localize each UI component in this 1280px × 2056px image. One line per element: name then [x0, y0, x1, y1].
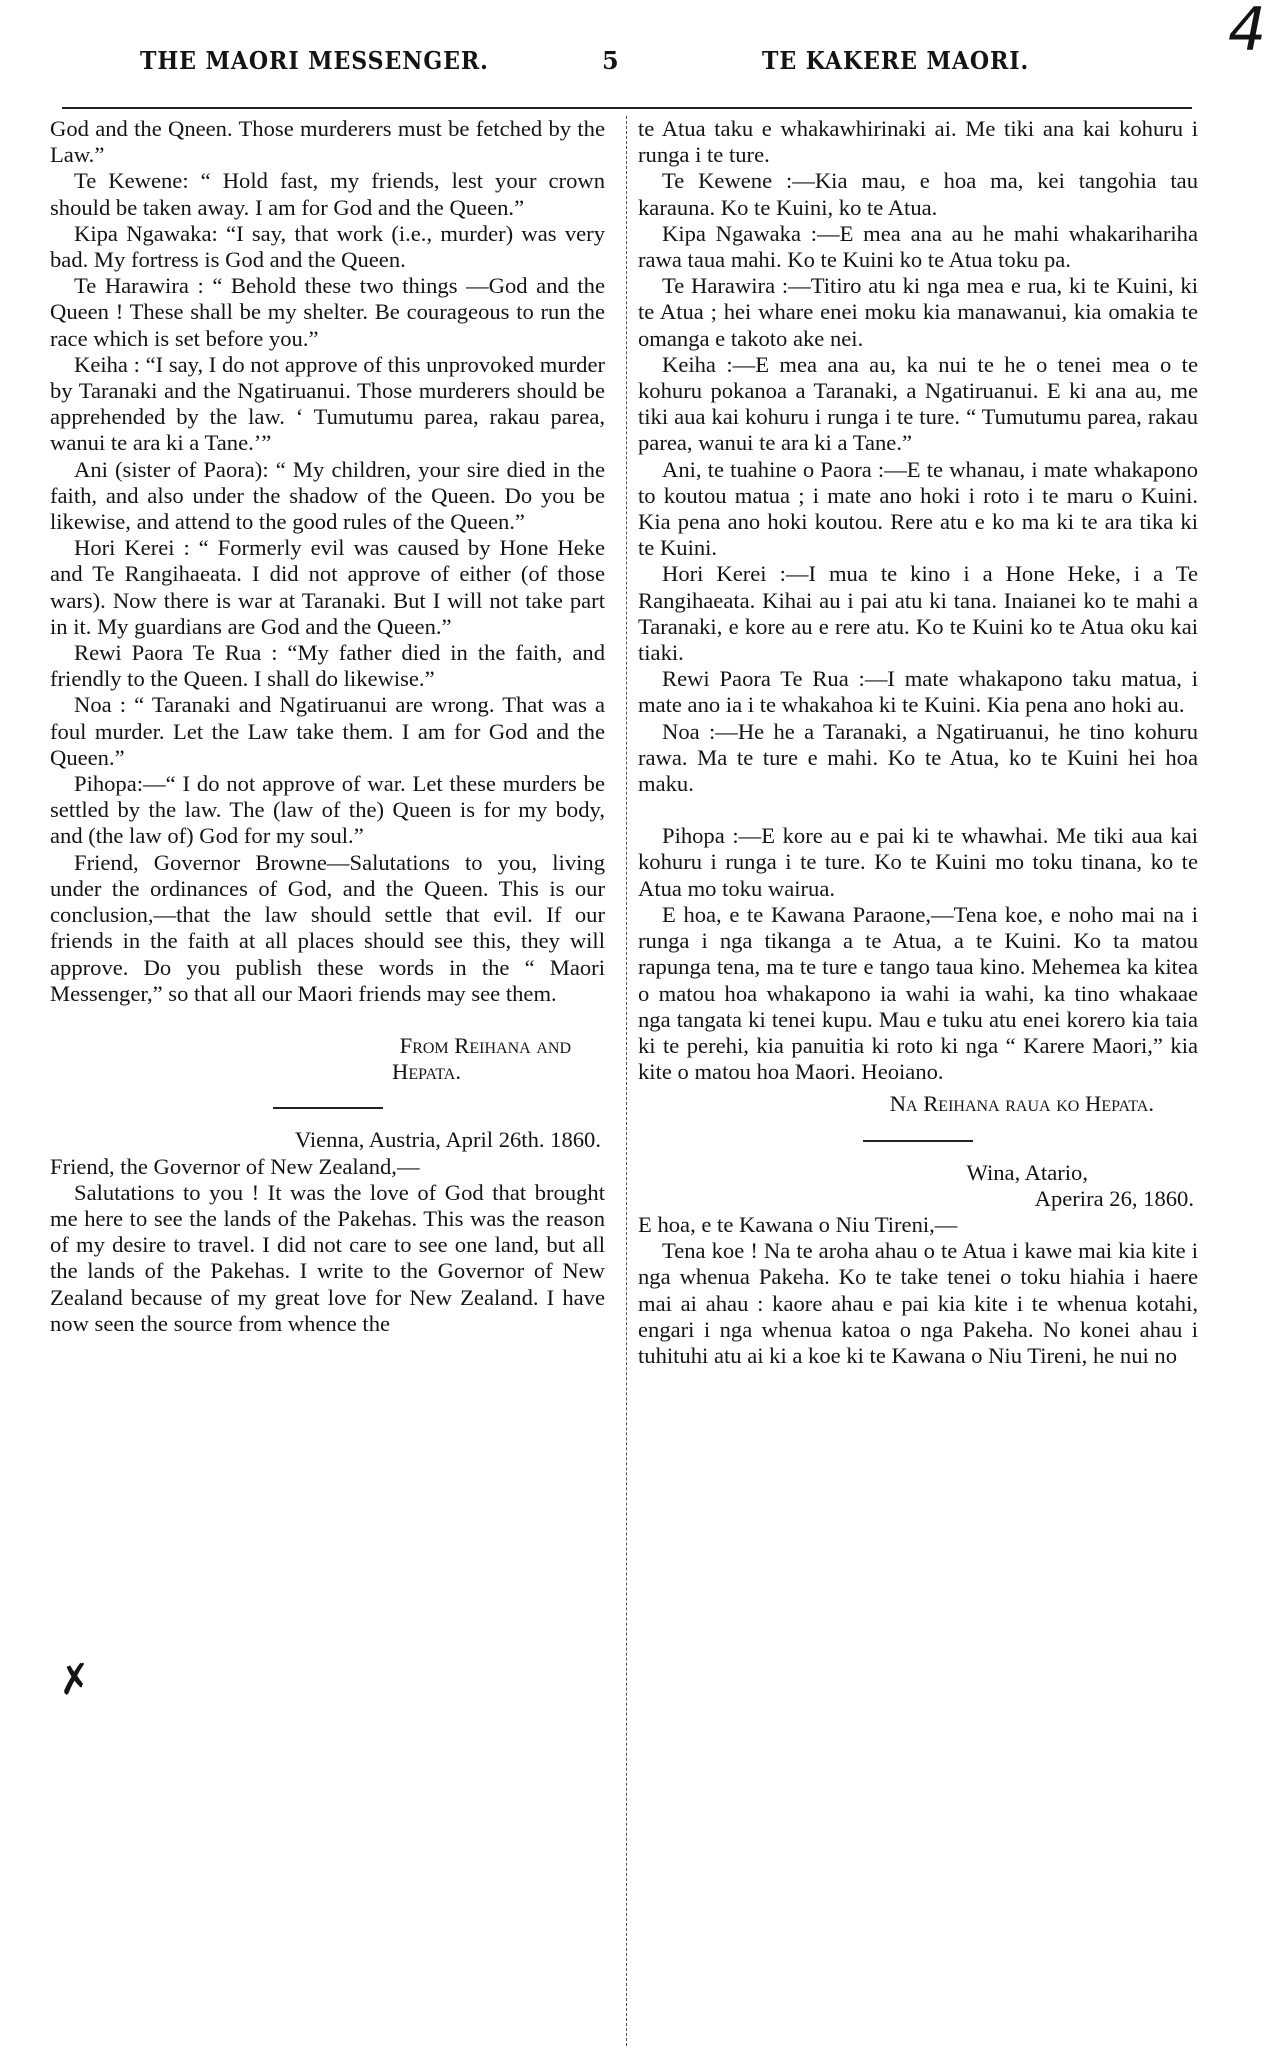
signature-line: From Reihana and: [50, 1033, 571, 1059]
paragraph: Hori Kerei :—I mua te kino i a Hone Heke…: [638, 561, 1198, 666]
masthead: THE MAORI MESSENGER. 5 TE KAKERE MAORI.: [0, 40, 1280, 80]
english-column: God and the Qneen. Those murderers must …: [50, 116, 605, 1337]
masthead-english-title: THE MAORI MESSENGER.: [140, 46, 489, 75]
paragraph: Ani (sister of Paora): “ My children, yo…: [50, 457, 605, 536]
handwritten-x-mark-icon: ✗: [55, 1658, 94, 1702]
dateline-maori-date: Aperira 26, 1860.: [638, 1186, 1198, 1212]
dateline-maori-place: Wina, Atario,: [638, 1160, 1198, 1186]
paragraph: E hoa, e te Kawana Paraone,—Tena koe, e …: [638, 902, 1198, 1085]
paragraph: Kipa Ngawaka: “I say, that work (i.e., m…: [50, 221, 605, 273]
paragraph: Ani, te tuahine o Paora :—E te whanau, i…: [638, 457, 1198, 562]
paragraph: Rewi Paora Te Rua : “My father died in t…: [50, 640, 605, 692]
paragraph: Friend, Governor Browne—Salutations to y…: [50, 850, 605, 1007]
salutation: E hoa, e te Kawana o Niu Tireni,—: [638, 1212, 1198, 1238]
header-rule: [62, 107, 1192, 109]
paragraph: Tena koe ! Na te aroha ahau o te Atua i …: [638, 1238, 1198, 1369]
signature-line: Hepata.: [50, 1059, 571, 1085]
paragraph: Keiha : “I say, I do not approve of this…: [50, 352, 605, 457]
page-number: 5: [602, 46, 620, 75]
paragraph: Pihopa:—“ I do not approve of war. Let t…: [50, 771, 605, 850]
paragraph: Rewi Paora Te Rua :—I mate whakapono tak…: [638, 666, 1198, 718]
paragraph: Te Harawira :—Titiro atu ki nga mea e ru…: [638, 273, 1198, 352]
maori-column: te Atua taku e whakawhirinaki ai. Me tik…: [638, 116, 1198, 1369]
paragraph: te Atua taku e whakawhirinaki ai. Me tik…: [638, 116, 1198, 168]
paragraph: Te Kewene: “ Hold fast, my friends, lest…: [50, 168, 605, 220]
column-divider: [626, 116, 627, 2046]
signature-english: From Reihana and Hepata.: [50, 1033, 605, 1085]
paragraph: Te Kewene :—Kia mau, e hoa ma, kei tango…: [638, 168, 1198, 220]
paragraph: Pihopa :—E kore au e pai ki te whawhai. …: [638, 823, 1198, 902]
paragraph: Noa :—He he a Taranaki, a Ngatiruanui, h…: [638, 719, 1198, 798]
handwritten-page-mark: 4: [1228, 0, 1266, 60]
signature-maori: Na Reihana raua ko Hepata.: [638, 1091, 1198, 1117]
paragraph: Kipa Ngawaka :—E mea ana au he mahi whak…: [638, 221, 1198, 273]
section-separator: [863, 1140, 973, 1142]
paragraph: Salutations to you ! It was the love of …: [50, 1180, 605, 1337]
dateline-english: Vienna, Austria, April 26th. 1860.: [50, 1127, 605, 1153]
section-separator: [273, 1107, 383, 1109]
paragraph: Te Harawira : “ Behold these two things …: [50, 273, 605, 352]
paragraph: Keiha :—E mea ana au, ka nui te he o ten…: [638, 352, 1198, 457]
paragraph: Hori Kerei : “ Formerly evil was caused …: [50, 535, 605, 640]
salutation: Friend, the Governor of New Zealand,—: [50, 1154, 605, 1180]
paragraph: Noa : “ Taranaki and Ngatiruanui are wro…: [50, 692, 605, 771]
paragraph: God and the Qneen. Those murderers must …: [50, 116, 605, 168]
masthead-maori-title: TE KAKERE MAORI.: [762, 46, 1029, 75]
